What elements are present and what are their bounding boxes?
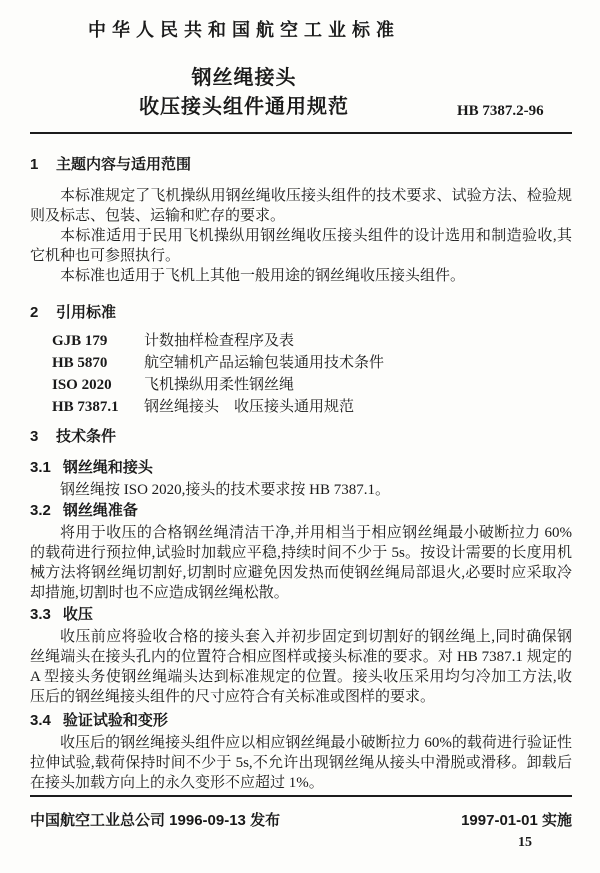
doc-title: 钢丝绳接头 收压接头组件通用规范 [30,64,458,122]
subsection-3-1-number: 3.1 [30,459,51,477]
subsection-3-4-number: 3.4 [30,712,51,730]
publisher-text: 中国航空工业总公司 1996-09-13 发布 [30,811,280,831]
section-1-title: 主题内容与适用范围 [56,156,191,173]
reference-code: ISO 2020 [52,374,144,396]
section-1-number: 1 [30,156,44,174]
subsection-3-1-text: 钢丝绳按 ISO 2020,接头的技术要求按 HB 7387.1。 [30,480,572,500]
subsection-3-3-text: 收压前应将验收合格的接头套入并初步固定到切割好的钢丝绳上,同时确保钢丝绳端头在接… [30,627,572,707]
reference-row: HB 7387.1 钢丝绳接头 收压接头通用规范 [52,396,572,418]
subsection-3-2-text: 将用于收压的合格钢丝绳清洁干净,并用相当于相应钢丝绳最小破断拉力 60%的载荷进… [30,523,572,603]
footer: 中国航空工业总公司 1996-09-13 发布 1997-01-01 实施 [30,811,572,831]
subsection-3-3-heading: 3.3收压 [30,606,572,624]
subsection-3-2-title: 钢丝绳准备 [63,502,138,519]
effective-text: 1997-01-01 实施 [461,811,572,831]
reference-title: 计数抽样检查程序及表 [144,330,572,352]
standard-number: HB 7387.2-96 [457,103,587,120]
paragraph: 本标准也适用于飞机上其他一般用途的钢丝绳收压接头组件。 [30,266,572,286]
subsection-3-2-number: 3.2 [30,502,51,520]
subsection-3-2-heading: 3.2钢丝绳准备 [30,502,572,520]
org-title: 中华人民共和国航空工业标准 [30,18,458,42]
section-2-number: 2 [30,304,44,322]
reference-title: 航空辅机产品运输包装通用技术条件 [144,352,572,374]
reference-code: HB 5870 [52,352,144,374]
page-content: 中华人民共和国航空工业标准 钢丝绳接头 收压接头组件通用规范 HB 7387.2… [0,18,600,851]
subsection-3-1-heading: 3.1钢丝绳和接头 [30,459,572,477]
subsection-3-1-title: 钢丝绳和接头 [63,459,153,476]
section-1-heading: 1主题内容与适用范围 [30,156,572,174]
section-3-number: 3 [30,428,44,446]
section-2-heading: 2引用标准 [30,304,572,322]
standard-document-page: 中华人民共和国航空工业标准 钢丝绳接头 收压接头组件通用规范 HB 7387.2… [0,0,600,873]
section-3-title: 技术条件 [56,428,116,445]
reference-code: HB 7387.1 [52,396,144,418]
subsection-3-4-text: 收压后的钢丝绳接头组件应以相应钢丝绳最小破断拉力 60%的载荷进行验证性拉伸试验… [30,733,572,793]
section-1-body: 本标准规定了飞机操纵用钢丝绳收压接头组件的技术要求、试验方法、检验规则及标志、包… [30,186,572,286]
reference-list: GJB 179 计数抽样检查程序及表 HB 5870 航空辅机产品运输包装通用技… [52,330,572,418]
reference-row: ISO 2020 飞机操纵用柔性钢丝绳 [52,374,572,396]
page-number: 15 [30,835,572,851]
title-block: 钢丝绳接头 收压接头组件通用规范 HB 7387.2-96 [30,64,572,122]
subsection-3-3-number: 3.3 [30,606,51,624]
subsection-3-3-title: 收压 [63,606,93,623]
subsection-3-4-title: 验证试验和变形 [63,712,168,729]
doc-title-line2: 收压接头组件通用规范 [30,93,458,122]
section-3-heading: 3技术条件 [30,428,572,446]
reference-row: GJB 179 计数抽样检查程序及表 [52,330,572,352]
paragraph: 本标准适用于民用飞机操纵用钢丝绳收压接头组件的设计选用和制造验收,其它机种也可参… [30,226,572,266]
subsection-3-4-heading: 3.4验证试验和变形 [30,712,572,730]
footer-divider [30,795,572,797]
section-2-title: 引用标准 [56,304,116,321]
doc-title-line1: 钢丝绳接头 [30,64,458,93]
header-divider [30,132,572,134]
reference-code: GJB 179 [52,330,144,352]
reference-title: 钢丝绳接头 收压接头通用规范 [144,396,572,418]
paragraph: 本标准规定了飞机操纵用钢丝绳收压接头组件的技术要求、试验方法、检验规则及标志、包… [30,186,572,226]
reference-row: HB 5870 航空辅机产品运输包装通用技术条件 [52,352,572,374]
reference-title: 飞机操纵用柔性钢丝绳 [144,374,572,396]
